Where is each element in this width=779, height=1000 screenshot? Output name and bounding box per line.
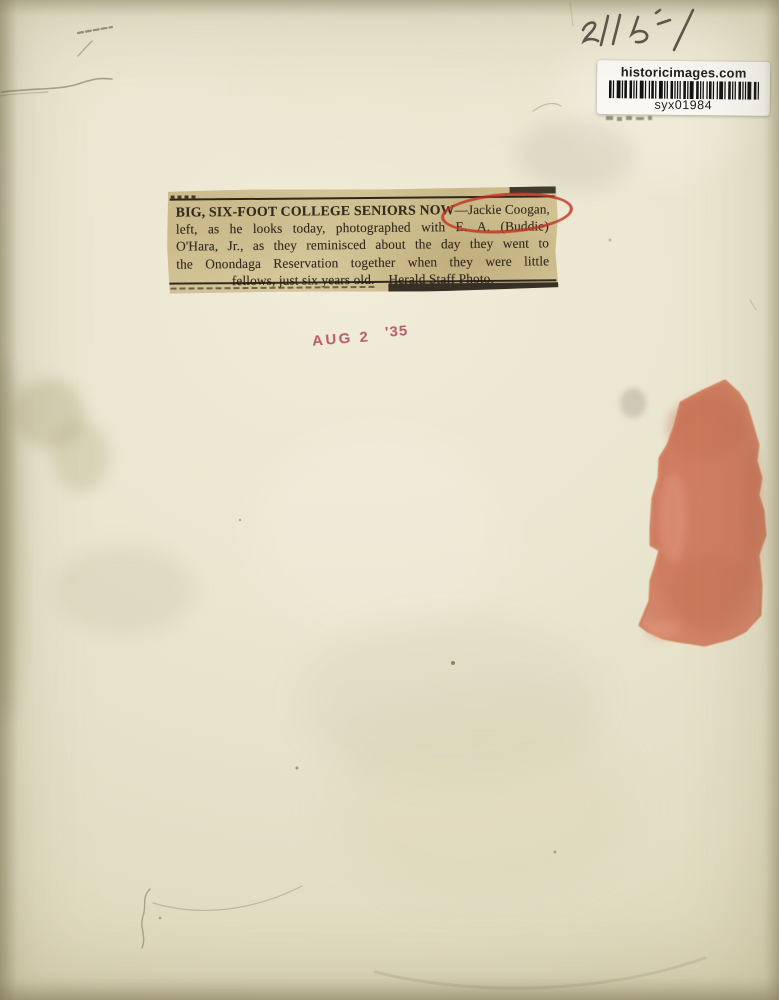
stain-top-center-tint (220, 10, 550, 160)
stain-left-band (0, 360, 22, 720)
stain-center-low (300, 620, 600, 780)
stain-left-hook-b (52, 420, 110, 492)
clipping-headline-rest: —Jackie Coogan, (455, 201, 549, 217)
clipping-caption-text: BIG, SIX-FOOT COLLEGE SENIORS NOW—Jackie… (176, 200, 550, 289)
barcode (608, 80, 758, 100)
date-stamp-month-day: AUG 2 (311, 328, 370, 350)
covered-text-remnant (606, 116, 613, 120)
stain-center-light (250, 430, 510, 630)
photo-back-scan: 2115-1 historicimages.com syx01984 BIG, … (0, 0, 779, 1000)
newspaper-clipping: BIG, SIX-FOOT COLLEGE SENIORS NOW—Jackie… (167, 186, 559, 293)
clipping-bottom-right-ink-strip (388, 282, 558, 291)
covered-text-remnant (626, 116, 632, 120)
stain-under-sticker-smudge (515, 120, 635, 190)
stain-left-low (55, 545, 195, 635)
stain-left-hook-a (14, 378, 84, 448)
sticker-code-text: syx01984 (597, 98, 770, 113)
price-sticker: historicimages.com syx01984 (597, 60, 771, 116)
sticker-site-text: historicimages.com (597, 64, 770, 81)
covered-text-remnant (617, 117, 622, 121)
date-stamp-year: '35 (384, 322, 409, 341)
covered-text-remnant (636, 117, 644, 120)
handwritten-inventory-number (570, 4, 705, 59)
covered-text-remnant (648, 116, 652, 120)
date-stamp: AUG 2'35 (311, 325, 409, 350)
paint-smear (628, 368, 778, 658)
clipping-headline-bold: BIG, SIX-FOOT COLLEGE SENIORS NOW (176, 202, 455, 219)
clipping-top-right-ink-strip (510, 186, 556, 193)
stain-bottom-warm (330, 700, 630, 900)
